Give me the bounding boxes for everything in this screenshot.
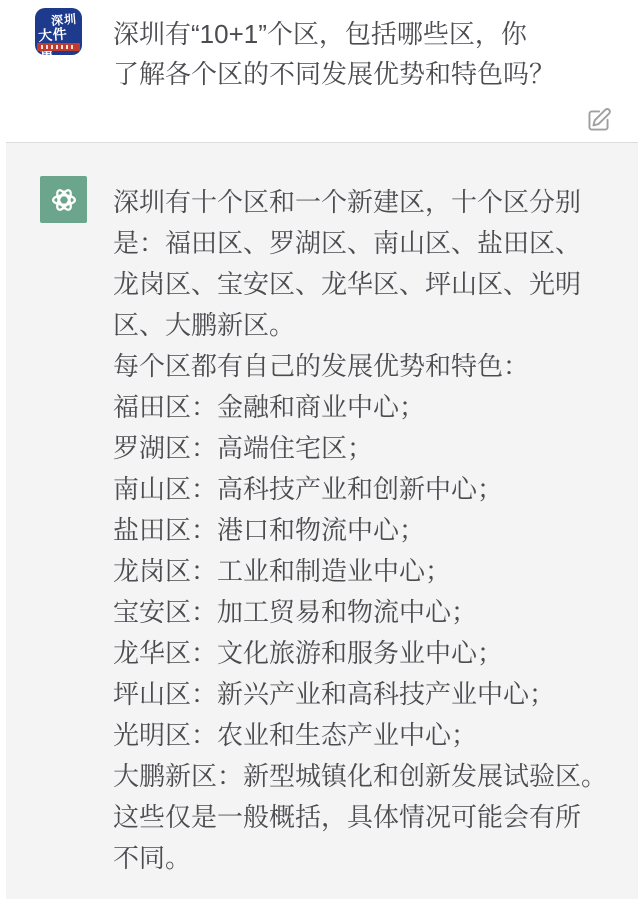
edit-message-button[interactable] [583,104,615,136]
message-line: 了解各个区的不同发展优势和特色吗？ [113,54,555,94]
message-line: 盐田区：港口和物流中心； [113,510,607,551]
user-avatar: 深圳 大件事 [35,8,82,55]
user-avatar-banner [37,43,80,51]
user-message-row: 深圳 大件事 深圳有“10+1”个区，包括哪些区，你了解各个区的不同发展优势和特… [0,0,638,142]
message-line: 不同。 [113,838,607,879]
message-line: 龙岗区：工业和制造业中心； [113,551,607,592]
message-line: 宝安区：加工贸易和物流中心； [113,592,607,633]
assistant-message-text: 深圳有十个区和一个新建区，十个区分别是：福田区、罗湖区、南山区、盐田区、龙岗区、… [113,176,607,879]
message-line: 光明区：农业和生态产业中心； [113,715,607,756]
message-line: 这些仅是一般概括，具体情况可能会有所 [113,797,607,838]
user-message-text: 深圳有“10+1”个区，包括哪些区，你了解各个区的不同发展优势和特色吗？ [113,8,555,94]
assistant-message-row: 深圳有十个区和一个新建区，十个区分别是：福田区、罗湖区、南山区、盐田区、龙岗区、… [6,142,638,899]
message-line: 大鹏新区：新型城镇化和创新发展试验区。 [113,756,607,797]
message-line: 龙岗区、宝安区、龙华区、坪山区、光明 [113,264,607,305]
message-line: 罗湖区：高端住宅区； [113,428,607,469]
openai-logo-icon [46,182,82,218]
message-line: 深圳有“10+1”个区，包括哪些区，你 [113,14,555,54]
message-line: 南山区：高科技产业和创新中心； [113,469,607,510]
message-line: 坪山区：新兴产业和高科技产业中心； [113,674,607,715]
message-line: 深圳有十个区和一个新建区，十个区分别 [113,182,607,223]
message-line: 每个区都有自己的发展优势和特色： [113,346,607,387]
message-line: 是：福田区、罗湖区、南山区、盐田区、 [113,223,607,264]
message-line: 区、大鹏新区。 [113,305,607,346]
assistant-avatar [40,176,87,223]
message-line: 福田区：金融和商业中心； [113,387,607,428]
edit-icon [583,105,614,136]
message-line: 龙华区：文化旅游和服务业中心； [113,633,607,674]
chat-page: 深圳 大件事 深圳有“10+1”个区，包括哪些区，你了解各个区的不同发展优势和特… [0,0,638,899]
